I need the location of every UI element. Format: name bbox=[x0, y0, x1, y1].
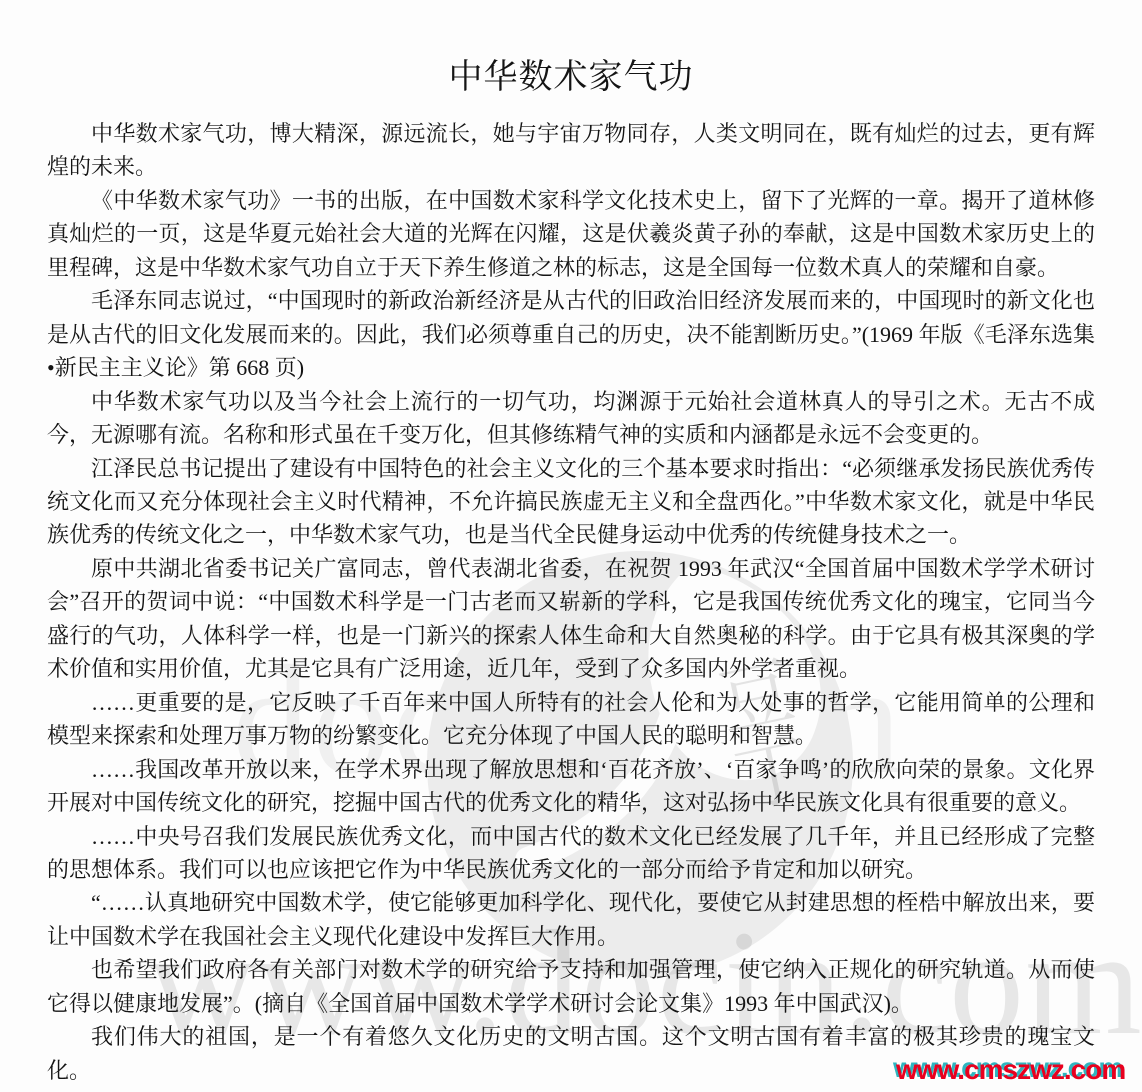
paragraph: ……我国改革开放以来，在学术界出现了解放思想和‘百花齐放’、‘百家争鸣’的欣欣向… bbox=[47, 753, 1095, 820]
paragraph: ……更重要的是，它反映了千百年来中国人所特有的社会人伦和为人处事的哲学，它能用简… bbox=[47, 686, 1095, 753]
paragraph: “……认真地研究中国数术学，使它能够更加科学化、现代化，要使它从封建思想的桎梏中… bbox=[47, 886, 1095, 953]
paragraph: ……中央号召我们发展民族优秀文化，而中国古代的数术文化已经发展了几千年，并且已经… bbox=[47, 820, 1095, 887]
watermark-red-url: www.cmszwz.com bbox=[896, 1054, 1125, 1086]
document-content: 中华数术家气功 中华数术家气功，博大精深，源远流长，她与宇宙万物同存，人类文明同… bbox=[47, 0, 1095, 1087]
paragraph: 毛泽东同志说过，“中国现时的新政治新经济是从古代的旧政治旧经济发展而来的，中国现… bbox=[47, 284, 1095, 384]
paragraph: 江泽民总书记提出了建设有中国特色的社会主义文化的三个基本要求时指出：“必须继承发… bbox=[47, 452, 1095, 552]
paragraph: 中华数术家气功，博大精深，源远流长，她与宇宙万物同存，人类文明同在，既有灿烂的过… bbox=[47, 117, 1095, 184]
document-title: 中华数术家气功 bbox=[47, 49, 1095, 98]
scanned-document-page: docin.com 豆丁 www.docin.com 中华数术家气功 中华数术家… bbox=[0, 0, 1142, 1092]
paragraph: 《中华数术家气功》一书的出版，在中国数术家科学文化技术史上，留下了光辉的一章。揭… bbox=[47, 184, 1095, 284]
paragraph: 原中共湖北省委书记关广富同志，曾代表湖北省委，在祝贺 1993 年武汉“全国首届… bbox=[47, 552, 1095, 686]
paragraph: 中华数术家气功以及当今社会上流行的一切气功，均渊源于元始社会道林真人的导引之术。… bbox=[47, 385, 1095, 452]
paragraph: 也希望我们政府各有关部门对数术学的研究给予支持和加强管理，使它纳入正规化的研究轨… bbox=[47, 953, 1095, 1020]
